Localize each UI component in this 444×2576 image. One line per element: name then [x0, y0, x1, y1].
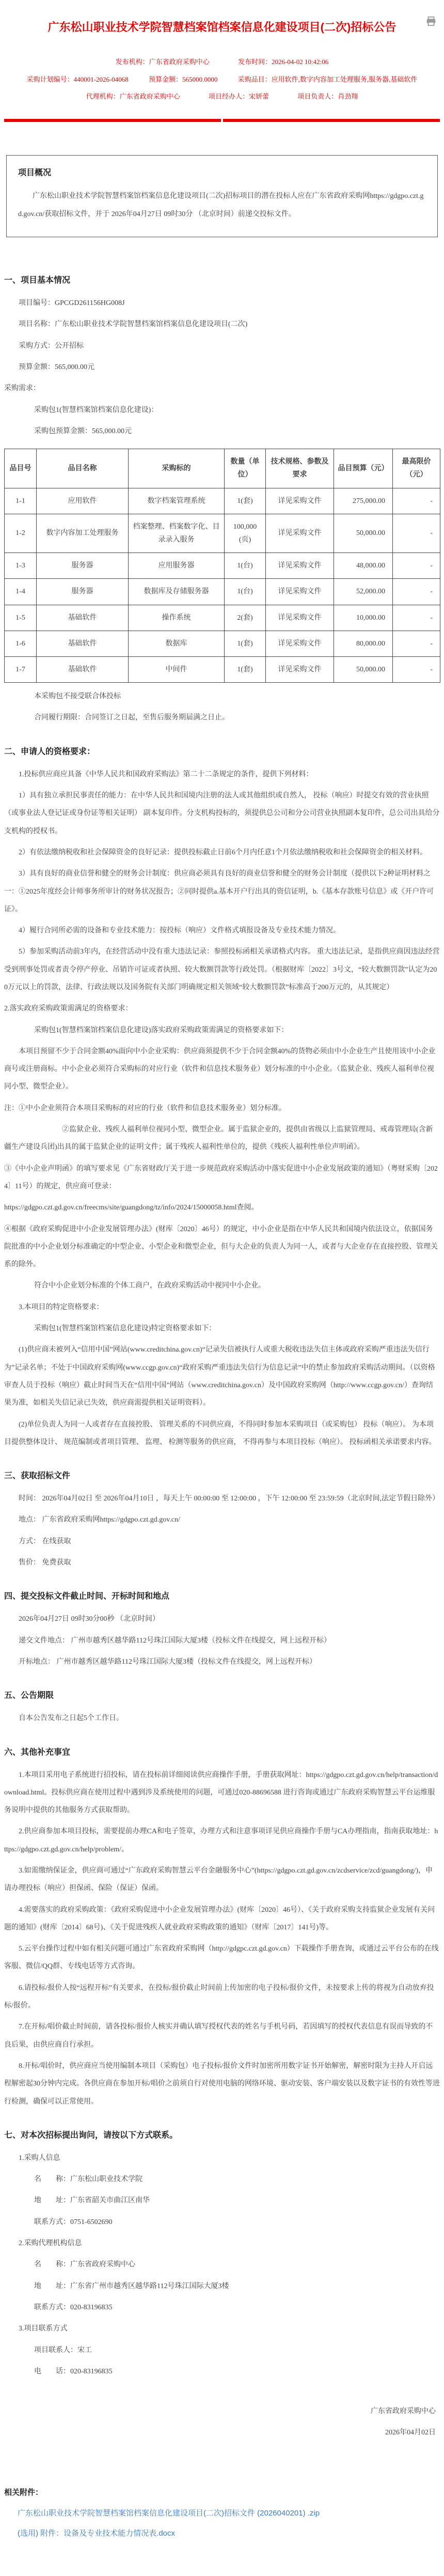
cell-quantity: 100,000(页)	[225, 514, 266, 553]
table-header-cell: 品目号	[5, 449, 37, 488]
cell-max-price: -	[393, 605, 440, 631]
page-title: 广东松山职业技术学院智慧档案馆档案信息化建设项目(二次)招标公告	[4, 20, 440, 36]
paragraph: 电 话：020-83196835	[4, 2363, 440, 2381]
paragraph: 3）具有良好的商业信誉和健全的财务会计制度：供应商必须具有良好的商业信誉和健全的…	[4, 865, 440, 918]
paragraph-group: 自本公告发布之日起5个工作日。	[4, 1710, 440, 1727]
page-header: 广东松山职业技术学院智慧档案馆档案信息化建设项目(二次)招标公告 发布机构：广东…	[4, 0, 440, 105]
cell-item-no: 1-4	[5, 579, 37, 605]
paragraph: 时间： 2026年04月02日 至 2026年04月10日 ，每天上午 00:0…	[4, 1490, 440, 1508]
table-row: 1-4 服务器 数据库及存储服务器 1(台) 详见采购文件 52,000.00 …	[5, 579, 440, 605]
section-other-matters: 六、其他补充事宜 1.本项目采用电子系统进行招投标，请在投标前详细阅读供应商操作…	[4, 1745, 440, 2111]
meta-row-1: 发布机构：广东省政府采购中心 发布时间：2026-04-02 10:42:06	[4, 53, 440, 71]
cell-spec: 详见采购文件	[266, 553, 334, 579]
meta-row-3: 代理机构：广东省政府采购中心 项目经办人：宋妍蕾 项目负责人：肖劲翔	[4, 88, 440, 105]
cell-budget: 275,000.00	[334, 488, 393, 514]
section-contacts: 七、对本次招标提出询问，请按以下方式联系。 1.采购人信息名 称：广东松山职业技…	[4, 2128, 440, 2381]
cell-budget: 52,000.00	[334, 579, 393, 605]
cell-item-no: 1-1	[5, 488, 37, 514]
table-row: 1-2 数字内容加工处理服务 档案整理、档案数字化、目录录入服务 100,000…	[5, 514, 440, 553]
printer-icon	[425, 16, 437, 27]
paragraph: 2.采购代理机构信息	[4, 2235, 440, 2252]
meta-publish-time: 发布时间：2026-04-02 10:42:06	[238, 58, 328, 66]
table-row: 1-7 基础软件 中间件 1(套) 详见采购文件 50,000.00 -	[5, 656, 440, 682]
cell-target: 数据库	[129, 631, 225, 656]
table-header-cell: 技术规格、参数及要求	[266, 449, 334, 488]
cell-max-price: -	[393, 553, 440, 579]
paragraph: 2026年04月27日 09时30分00秒 （北京时间）	[4, 1611, 440, 1628]
paragraph: (2)单位负责人为同一人或者存在直接控股、 管理关系的不同供应商，不得同时参加本…	[4, 1416, 440, 1452]
paragraph: 3.项目联系方式	[4, 2320, 440, 2338]
table-header-cell: 品目名称	[37, 449, 129, 488]
paragraph: 名 称：广东省政府采购中心	[4, 2256, 440, 2274]
cell-target: 应用服务器	[129, 553, 225, 579]
cell-budget: 50,000.00	[334, 656, 393, 682]
section-heading: 五、公告期限	[4, 1689, 440, 1700]
cell-item-no: 1-3	[5, 553, 37, 579]
cell-spec: 详见采购文件	[266, 656, 334, 682]
attachment-list: 广东松山职业技术学院智慧档案馆档案信息化建设项目(二次)招标文件 (202604…	[4, 2505, 440, 2542]
paragraph: 6.请投标/报价人按“远程开标”有关要求，在投标/报价截止时间前上传加密的电子投…	[4, 1980, 440, 2015]
section-heading: 一、项目基本情况	[4, 273, 440, 285]
cell-spec: 详见采购文件	[266, 631, 334, 656]
paragraph-group: 1.本项目采用电子系统进行招投标，请在投标前详细阅读供应商操作手册，手册获取网址…	[4, 1767, 440, 2111]
cell-max-price: -	[393, 579, 440, 605]
paragraph: 名 称：广东松山职业技术学院	[4, 2171, 440, 2188]
cell-target: 数字档案管理系统	[129, 488, 225, 514]
cell-item-name: 基础软件	[37, 605, 129, 631]
section-qualification: 二、申请人的资格要求： 1.投标供应商应具备《中华人民共和国政府采购法》第二十二…	[4, 745, 440, 1451]
meta-items: 采购品目：应用软件,数字内容加工处理服务,服务器,基础软件	[238, 75, 418, 83]
paragraph: 项目名称：广东松山职业技术学院智慧档案馆档案信息化建设项目(二次)	[4, 316, 440, 333]
paragraph: 地点： 广东省政府采购网https://gdgpo.czt.gd.gov.cn/	[4, 1511, 440, 1529]
table-row: 1-5 基础软件 操作系统 2(套) 详见采购文件 10,000.00 -	[5, 605, 440, 631]
paragraph: 1.投标供应商应具备《中华人民共和国政府采购法》第二十二条规定的条件，提供下列材…	[4, 766, 440, 784]
table-header-cell: 采购标的	[129, 449, 225, 488]
signature-block: 广东省政府采购中心 2026年04月02日	[4, 2401, 440, 2443]
print-button[interactable]	[425, 16, 437, 27]
cell-budget: 48,000.00	[334, 553, 393, 579]
paragraph: 采购包1(智慧档案馆档案信息化建设)特定资格要求如下：	[4, 1320, 440, 1338]
paragraph: 5）参加采购活动前3年内，在经营活动中没有重大违法记录：参照投标函相关承诺格式内…	[4, 943, 440, 996]
announcement-page: 广东松山职业技术学院智慧档案馆档案信息化建设项目(二次)招标公告 发布机构：广东…	[0, 0, 444, 2576]
paragraph: 方式： 在线获取	[4, 1533, 440, 1551]
cell-spec: 详见采购文件	[266, 605, 334, 631]
section-basic-info: 一、项目基本情况 项目编号：GPCGD261156HG008J项目名称：广东松山…	[4, 273, 440, 727]
paragraph: 联系方式：0751-6502690	[4, 2214, 440, 2231]
meta-publisher: 发布机构：广东省政府采购中心	[116, 58, 210, 66]
table-header-cell: 最高限价（元）	[393, 449, 440, 488]
paragraph: 注：①中小企业须符合本项目采购标的对应的行业（软件和信息技术服务业）划分标准。	[4, 1100, 440, 1117]
red-divider-left	[4, 119, 221, 122]
paragraph: 项目编号：GPCGD261156HG008J	[4, 295, 440, 312]
signature-org: 广东省政府采购中心	[4, 2401, 436, 2422]
paragraph: 8.开标/唱价时，供应商应当使用编制本项目（采购包）电子投标/报价文件时加密所用…	[4, 2058, 440, 2111]
paragraph: 开标地点： 广州市越秀区越华路112号珠江国际大厦3楼（投标文件在线提交，网上远…	[4, 1653, 440, 1671]
project-overview-box: 项目概况 广东松山职业技术学院智慧档案馆档案信息化建设项目(二次)招标项目的潜在…	[6, 155, 438, 237]
paragraph: 1.本项目采用电子系统进行招投标，请在投标前详细阅读供应商操作手册，手册获取网址…	[4, 1767, 440, 1820]
cell-quantity: 1(套)	[225, 656, 266, 682]
paragraph: 采购需求：	[4, 380, 440, 397]
cell-item-name: 服务器	[37, 579, 129, 605]
cell-item-no: 1-5	[5, 605, 37, 631]
cell-quantity: 1(套)	[225, 488, 266, 514]
paragraph-group: 本采购包不接受联合体投标合同履行期限：合同签订之日起，至售后服务期届满之日止。	[4, 688, 440, 727]
paragraph: 2）有依法缴纳税收和社会保障资金的良好记录：提供投标截止日前6个月内任意1个月依…	[4, 844, 440, 862]
paragraph: 3.如需缴纳保证金，供应商可通过“广东政府采购智慧云平台金融服务中心”(http…	[4, 1862, 440, 1898]
paragraph: 地 址：广东省广州市越秀区越华路112号珠江国际大厦3楼	[4, 2278, 440, 2295]
cell-item-name: 数字内容加工处理服务	[37, 514, 129, 553]
cell-spec: 详见采购文件	[266, 514, 334, 553]
cell-spec: 详见采购文件	[266, 488, 334, 514]
paragraph: 2.供应商参加本项目投标，需要提前办理CA和电子签章，办理方式和注意事项详见供应…	[4, 1823, 440, 1859]
red-divider	[4, 119, 440, 122]
cell-max-price: -	[393, 656, 440, 682]
paragraph: 1.采购人信息	[4, 2150, 440, 2167]
cell-max-price: -	[393, 488, 440, 514]
cell-item-no: 1-6	[5, 631, 37, 656]
meta-plan-no: 采购计划编号：440001-2026-04068	[27, 75, 129, 83]
paragraph: 采购包1(智慧档案馆档案信息化建设)落实政府采购政策需满足的资格要求如下：	[4, 1022, 440, 1039]
paragraph: 7.在开标/唱价截止时间前，请各投标/报价人核实并确认填写授权代表的姓名与手机号…	[4, 2018, 440, 2054]
section-announcement-period: 五、公告期限 自本公告发布之日起5个工作日。	[4, 1689, 440, 1727]
paragraph: 2.落实政府采购政策需满足的资格要求：	[4, 1000, 440, 1018]
paragraph: 本采购包不接受联合体投标	[4, 688, 440, 706]
cell-quantity: 2(套)	[225, 605, 266, 631]
meta-row-2: 采购计划编号：440001-2026-04068 预算金额：565000.000…	[4, 71, 440, 88]
paragraph-group: 项目编号：GPCGD261156HG008J项目名称：广东松山职业技术学院智慧档…	[4, 295, 440, 440]
cell-budget: 10,000.00	[334, 605, 393, 631]
paragraph-group: 时间： 2026年04月02日 至 2026年04月10日 ，每天上午 00:0…	[4, 1490, 440, 1572]
red-divider-right	[223, 119, 440, 122]
paragraph: (1)供应商未被列入“信用中国”网站(www.creditchina.gov.c…	[4, 1341, 440, 1412]
cell-item-name: 基础软件	[37, 656, 129, 682]
table-header-cell: 品目预算（元）	[334, 449, 393, 488]
meta-budget: 预算金额：565000.0000	[149, 75, 217, 83]
cell-max-price: -	[393, 514, 440, 553]
cell-item-no: 1-7	[5, 656, 37, 682]
cell-quantity: 1(台)	[225, 579, 266, 605]
section-heading: 三、获取招标文件	[4, 1469, 440, 1481]
paragraph: 采购方式：公开招标	[4, 338, 440, 355]
section-heading: 七、对本次招标提出询问，请按以下方式联系。	[4, 2128, 440, 2140]
attachments-section: 相关附件： 广东松山职业技术学院智慧档案馆档案信息化建设项目(二次)招标文件 (…	[4, 2487, 440, 2542]
overview-heading: 项目概况	[18, 166, 426, 178]
section-heading: 四、提交投标文件截止时间、开标时间和地点	[4, 1589, 440, 1601]
section-deadline-opening: 四、提交投标文件截止时间、开标时间和地点 2026年04月27日 09时30分0…	[4, 1589, 440, 1671]
table-header-row: 品目号品目名称采购标的数量（单位）技术规格、参数及要求品目预算（元）最高限价（元…	[5, 449, 440, 488]
paragraph: 5.云平台操作过程中如有相关问题可通过广东省政府采购网（http://gdgpc…	[4, 1940, 440, 1976]
paragraph: 合同履行期限：合同签订之日起，至售后服务期届满之日止。	[4, 709, 440, 727]
paragraph: 1）具有独立承担民事责任的能力：在中华人民共和国境内注册的法人或其他组织或自然人…	[4, 787, 440, 840]
paragraph: 自本公告发布之日起5个工作日。	[4, 1710, 440, 1727]
paragraph: 售价： 免费获取	[4, 1554, 440, 1572]
attachment-link[interactable]: (选用) 附件：设备及专业技术能力情况表.docx	[4, 2525, 440, 2542]
cell-target: 操作系统	[129, 605, 225, 631]
paragraph: 联系方式：020-83196835	[4, 2299, 440, 2317]
cell-max-price: -	[393, 631, 440, 656]
cell-item-no: 1-2	[5, 514, 37, 553]
paragraph: 4.需要落实的政府采购政策：《政府采购促进中小企业发展管理办法》(财库〔2020…	[4, 1902, 440, 1937]
section-get-documents: 三、获取招标文件 时间： 2026年04月02日 至 2026年04月10日 ，…	[4, 1469, 440, 1572]
paragraph: ②监狱企业、残疾人福利单位视同小型、微型企业。属于监狱企业的，提供由省级以上监狱…	[4, 1121, 440, 1157]
paragraph: 4）履行合同所必需的设备和专业技术能力：按投标（响应）文件格式填报设备及专业技术…	[4, 922, 440, 940]
meta-leader: 项目负责人：肖劲翔	[297, 93, 358, 100]
paragraph: 预算金额：565,000.00元	[4, 359, 440, 376]
paragraph-group: 1.投标供应商应具备《中华人民共和国政府采购法》第二十二条规定的条件，提供下列材…	[4, 766, 440, 1451]
paragraph: 项目联系人：宋工	[4, 2342, 440, 2359]
paragraph-group: 2026年04月27日 09时30分00秒 （北京时间）递交文件地点： 广州市越…	[4, 1611, 440, 1671]
items-table: 品目号品目名称采购标的数量（单位）技术规格、参数及要求品目预算（元）最高限价（元…	[4, 449, 440, 683]
attachments-heading: 相关附件：	[4, 2487, 440, 2497]
attachment-link[interactable]: 广东松山职业技术学院智慧档案馆档案信息化建设项目(二次)招标文件 (202604…	[4, 2505, 440, 2522]
paragraph: 递交文件地点： 广州市越秀区越华路112号珠江国际大厦3楼（投标文件在线提交，网…	[4, 1632, 440, 1650]
cell-target: 中间件	[129, 656, 225, 682]
paragraph: ④根据《政府采购促进中小企业发展管理办法》(财库〔2020〕46号）的规定，中小…	[4, 1221, 440, 1274]
table-row: 1-3 服务器 应用服务器 1(台) 详见采购文件 48,000.00 -	[5, 553, 440, 579]
meta-handler: 项目经办人：宋妍蕾	[209, 93, 269, 100]
cell-item-name: 应用软件	[37, 488, 129, 514]
paragraph: 采购包1(智慧档案馆档案信息化建设)：	[4, 402, 440, 419]
cell-target: 数据库及存储服务器	[129, 579, 225, 605]
paragraph: https://gdgpo.czt.gd.gov.cn/freecms/site…	[4, 1199, 440, 1217]
cell-budget: 50,000.00	[334, 514, 393, 553]
section-heading: 二、申请人的资格要求：	[4, 745, 440, 757]
cell-spec: 详见采购文件	[266, 579, 334, 605]
cell-budget: 80,000.00	[334, 631, 393, 656]
overview-body: 广东松山职业技术学院智慧档案馆档案信息化建设项目(二次)招标项目的潜在投标人应在…	[18, 187, 426, 223]
paragraph-group: 1.采购人信息名 称：广东松山职业技术学院地 址：广东省韶关市曲江区南华联系方式…	[4, 2150, 440, 2381]
paragraph: 采购包预算金额：565,000.00元	[4, 423, 440, 440]
cell-item-name: 基础软件	[37, 631, 129, 656]
table-header-cell: 数量（单位）	[225, 449, 266, 488]
paragraph: 3.本项目的特定资格要求：	[4, 1299, 440, 1316]
cell-quantity: 1(台)	[225, 553, 266, 579]
table-row: 1-6 基础软件 数据库 1(套) 详见采购文件 80,000.00 -	[5, 631, 440, 656]
paragraph: 地 址：广东省韶关市曲江区南华	[4, 2192, 440, 2210]
cell-target: 档案整理、档案数字化、目录录入服务	[129, 514, 225, 553]
cell-item-name: 服务器	[37, 553, 129, 579]
table-row: 1-1 应用软件 数字档案管理系统 1(套) 详见采购文件 275,000.00…	[5, 488, 440, 514]
meta-agency: 代理机构：广东省政府采购中心	[86, 93, 180, 100]
announcement-meta: 发布机构：广东省政府采购中心 发布时间：2026-04-02 10:42:06 …	[4, 53, 440, 105]
paragraph: 符合中小企业划分标准的个体工商户，在政府采购活动中视同中小企业。	[4, 1277, 440, 1295]
signature-date: 2026年04月02日	[4, 2422, 436, 2444]
paragraph: 本项目预留不少于合同金额40%面向中小企业采购：供应商须提供不少于合同金额40%…	[4, 1043, 440, 1096]
section-heading: 六、其他补充事宜	[4, 1745, 440, 1757]
cell-quantity: 1(套)	[225, 631, 266, 656]
paragraph: ③《中小企业声明函》的填写要求见《广东省财政厅关于进一步规范政府采购活动中落实促…	[4, 1160, 440, 1196]
